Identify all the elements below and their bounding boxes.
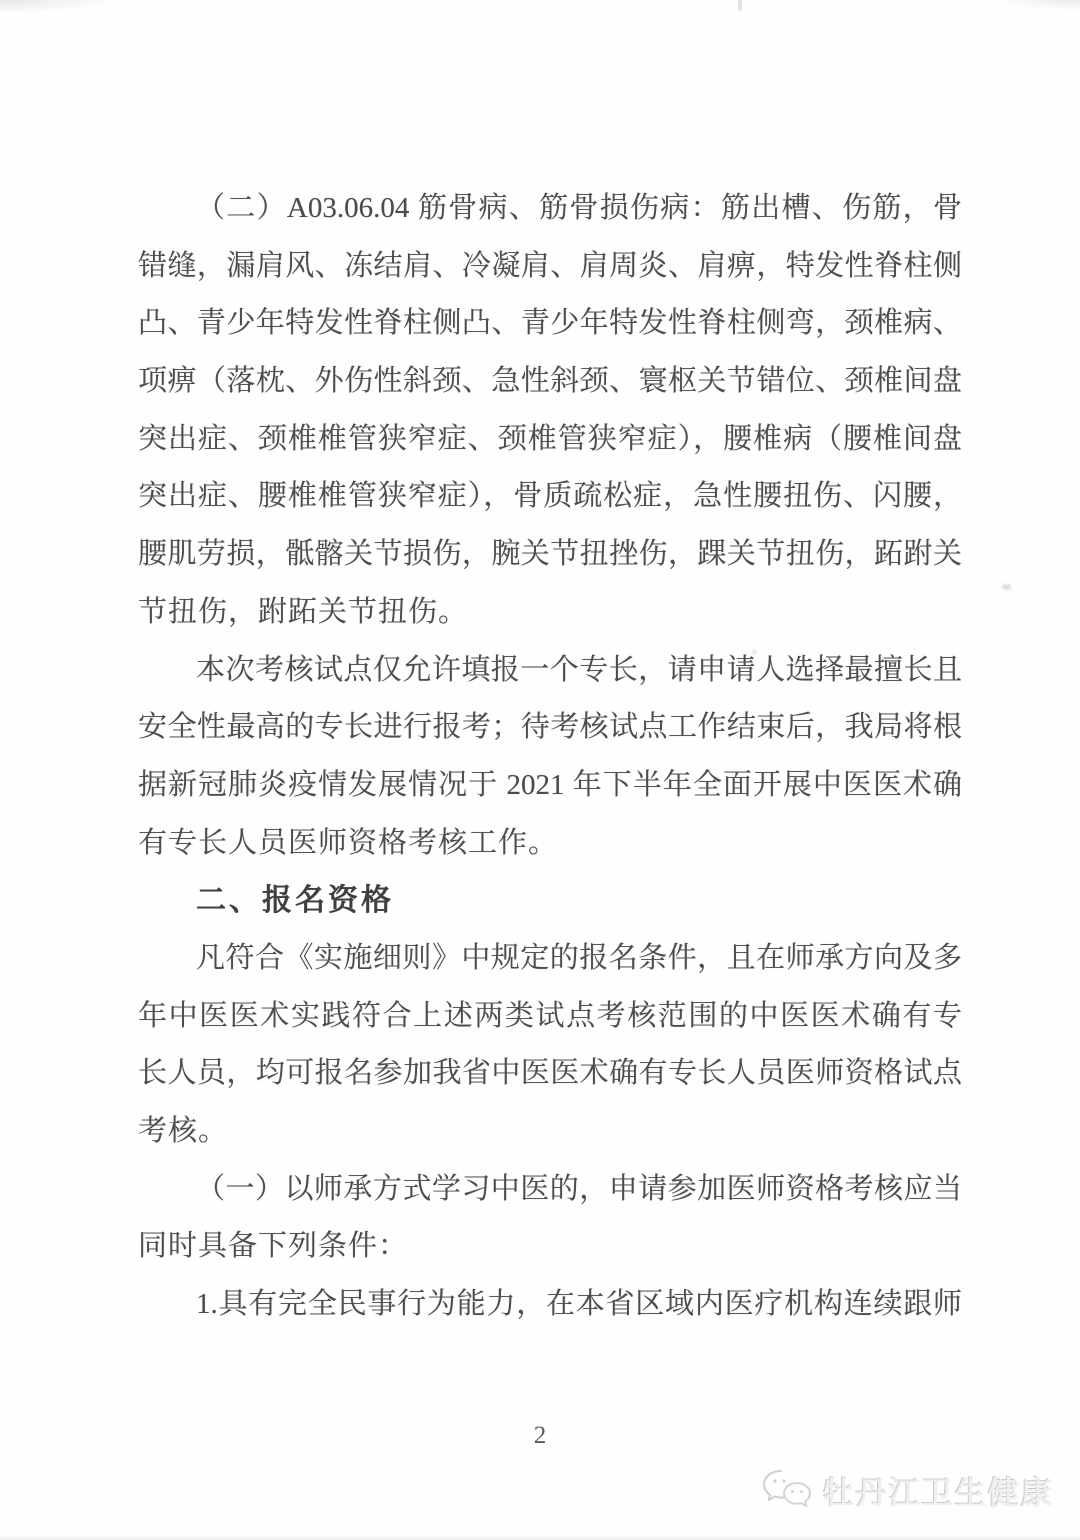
scan-artifact	[0, 1534, 1080, 1540]
section-heading: 二、报名资格	[138, 872, 962, 930]
document-line: 突出症、腰椎椎管狭窄症），骨质疏松症，急性腰扭伤、闪腰，	[138, 468, 962, 526]
document-line: 安全性最高的专长进行报考；待考核试点工作结束后，我局将根	[138, 699, 962, 757]
document-line: 节扭伤，跗跖关节扭伤。	[138, 584, 962, 642]
document-line: 有专长人员医师资格考核工作。	[138, 815, 962, 873]
document-line: 年中医医术实践符合上述两类试点考核范围的中医医术确有专	[138, 988, 962, 1046]
scan-artifact	[1000, 0, 1080, 10]
document-line: 1.具有完全民事行为能力，在本省区域内医疗机构连续跟师	[138, 1276, 962, 1334]
document-line: 凡符合《实施细则》中规定的报名条件，且在师承方向及多	[138, 930, 962, 988]
document-body: （二）A03.06.04 筋骨病、筋骨损伤病：筋出槽、伤筋，骨 错缝，漏肩风、冻…	[138, 180, 962, 1334]
document-line: 考核。	[138, 1103, 962, 1161]
document-line: 长人员，均可报名参加我省中医医术确有专长人员医师资格试点	[138, 1045, 962, 1103]
wechat-bubbles-icon	[761, 1469, 813, 1513]
scan-artifact	[0, 0, 110, 12]
document-line: 错缝，漏肩风、冻结肩、冷凝肩、肩周炎、肩痹，特发性脊柱侧	[138, 238, 962, 296]
document-line: 同时具备下列条件：	[138, 1218, 962, 1276]
scan-artifact	[738, 0, 742, 11]
document-line: （一）以师承方式学习中医的，申请参加医师资格考核应当	[138, 1161, 962, 1219]
scan-artifact	[752, 650, 757, 654]
page-number: 2	[0, 1422, 1080, 1450]
publisher-watermark: 牡丹江卫生健康	[761, 1468, 1054, 1513]
watermark-text: 牡丹江卫生健康	[823, 1468, 1054, 1513]
scanned-document-page: （二）A03.06.04 筋骨病、筋骨损伤病：筋出槽、伤筋，骨 错缝，漏肩风、冻…	[0, 0, 1080, 1540]
document-line: 凸、青少年特发性脊柱侧凸、青少年特发性脊柱侧弯，颈椎病、	[138, 295, 962, 353]
document-line: 据新冠肺炎疫情发展情况于 2021 年下半年全面开展中医医术确	[138, 757, 962, 815]
document-line: 腰肌劳损，骶髂关节损伤，腕关节扭挫伤，踝关节扭伤，跖跗关	[138, 526, 962, 584]
scan-artifact	[1002, 584, 1011, 590]
document-line: 突出症、颈椎椎管狭窄症、颈椎管狭窄症），腰椎病（腰椎间盘	[138, 411, 962, 469]
document-line: 本次考核试点仅允许填报一个专长，请申请人选择最擅长且	[138, 642, 962, 700]
document-line: （二）A03.06.04 筋骨病、筋骨损伤病：筋出槽、伤筋，骨	[138, 180, 962, 238]
document-line: 项痹（落枕、外伤性斜颈、急性斜颈、寰枢关节错位、颈椎间盘	[138, 353, 962, 411]
